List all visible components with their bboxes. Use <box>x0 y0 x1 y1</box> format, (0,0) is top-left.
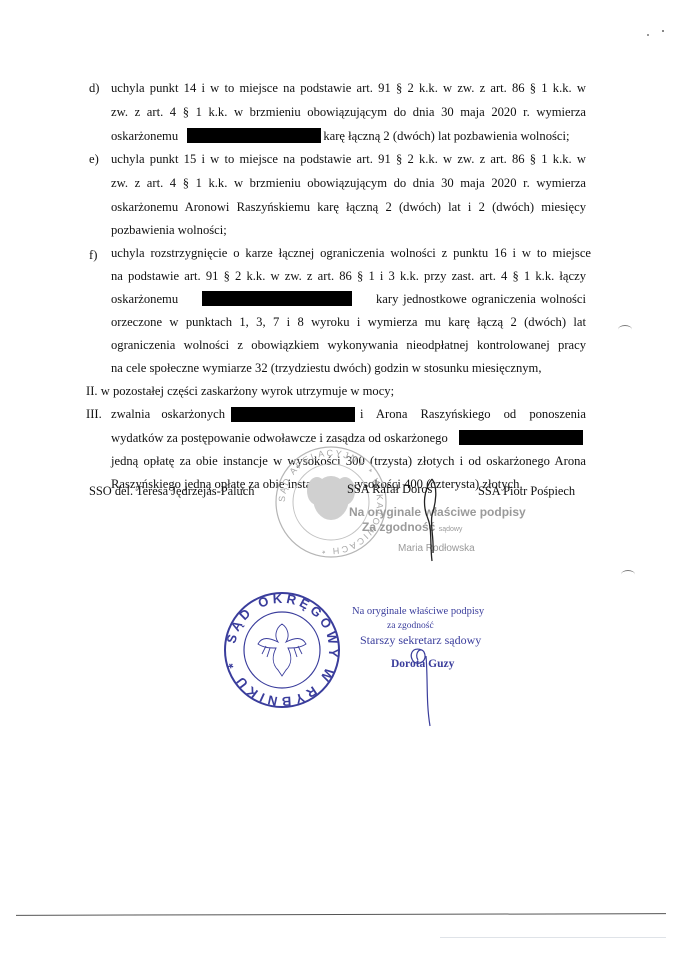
item-e-line-2: zw. z art. 4 § 1 k.k. w brzmieniu obowią… <box>111 175 586 191</box>
item-f-line-5: ograniczenia wolności z obowiązkiem wyko… <box>111 337 586 353</box>
point-iii-line-1-end: i Arona Raszyńskiego od ponoszenia <box>360 406 586 422</box>
item-d-defendant-label: oskarżonemu <box>111 129 178 143</box>
regional-court-stamp-icon: SĄD OKRĘGOWY W RYBNIKU * 3 * <box>222 590 342 710</box>
item-e-line-1: uchyla punkt 15 i w to miejsce na podsta… <box>111 151 586 167</box>
point-ii-text: w pozostałej części zaskarżony wyrok utr… <box>101 384 394 398</box>
item-f-marker: f) <box>89 247 97 263</box>
item-d-line-2: zw. z art. 4 § 1 k.k. w brzmieniu obowią… <box>111 104 586 120</box>
scan-speck <box>647 34 649 36</box>
certification-line-2: za zgodność <box>387 621 434 631</box>
point-iii-line-1: zwalnia oskarżonych i Arona Raszyńskiego… <box>111 406 586 422</box>
point-ii-marker: II. <box>86 384 98 398</box>
redacted-name <box>231 407 355 422</box>
bottom-rule <box>16 913 666 916</box>
redacted-name <box>202 291 352 306</box>
point-iii-line-1-start: zwalnia oskarżonych <box>111 406 225 422</box>
item-d-line-1: uchyla punkt 14 i w to miejsce na podsta… <box>111 80 586 96</box>
gray-stamp-line-2: Za zgodność sądowy <box>362 520 462 534</box>
secretary-signature-icon <box>404 640 434 730</box>
redacted-name <box>459 430 583 445</box>
item-e-marker: e) <box>89 151 99 167</box>
appeal-court-stamp-icon: SĄD APELACYJNY * W KATOWICACH * <box>272 443 390 561</box>
certification-line-1: Na oryginale właściwe podpisy <box>352 606 484 617</box>
document-page: d) uchyla punkt 14 i w to miejsce na pod… <box>0 0 680 961</box>
point-ii: II. w pozostałej części zaskarżony wyrok… <box>86 383 394 399</box>
svg-text:SĄD OKRĘGOWY W RYBNIKU * 3 *: SĄD OKRĘGOWY W RYBNIKU * 3 * <box>222 590 341 709</box>
redacted-name <box>187 128 321 143</box>
item-e-line-4: pozbawienia wolności; <box>111 222 227 238</box>
item-f-line-3-text: kary jednostkowe ograniczenia wolności <box>376 291 586 307</box>
point-iii-marker: III. <box>86 406 102 422</box>
item-d-line-3: oskarżonemu karę łączną 2 (dwóch) lat po… <box>111 128 570 144</box>
item-d-marker: d) <box>89 80 100 96</box>
item-f-line-4: orzeczone w punktach 1, 3, 7 i 8 wyroku … <box>111 314 586 330</box>
item-f-line-3: oskarżonemu kary jednostkowe ograniczeni… <box>111 291 586 307</box>
scan-speck <box>662 30 664 32</box>
item-f-defendant-label: oskarżonemu <box>111 291 178 307</box>
judge-signature-1: SSO del. Teresa Jędrzejas-Paluch <box>89 484 254 499</box>
item-f-line-2: na podstawie art. 91 § 2 k.k. w zw. z ar… <box>111 268 586 284</box>
item-f-line-1: uchyla rozstrzygnięcie o karze łącznej o… <box>111 245 591 261</box>
item-d-sentence: karę łączną 2 (dwóch) lat pozbawienia wo… <box>323 129 569 143</box>
handwritten-signature-icon <box>418 475 446 565</box>
punch-hole-mark <box>621 570 635 579</box>
item-f-line-6: na cele społeczne wymiarze 32 (trzydzies… <box>111 360 542 376</box>
item-e-line-3: oskarżonemu Aronowi Raszyńskiemu karę łą… <box>111 199 586 215</box>
punch-hole-mark <box>618 325 632 334</box>
bottom-rule-faint <box>440 937 666 938</box>
judge-signature-3: SSA Piotr Pośpiech <box>478 484 575 499</box>
